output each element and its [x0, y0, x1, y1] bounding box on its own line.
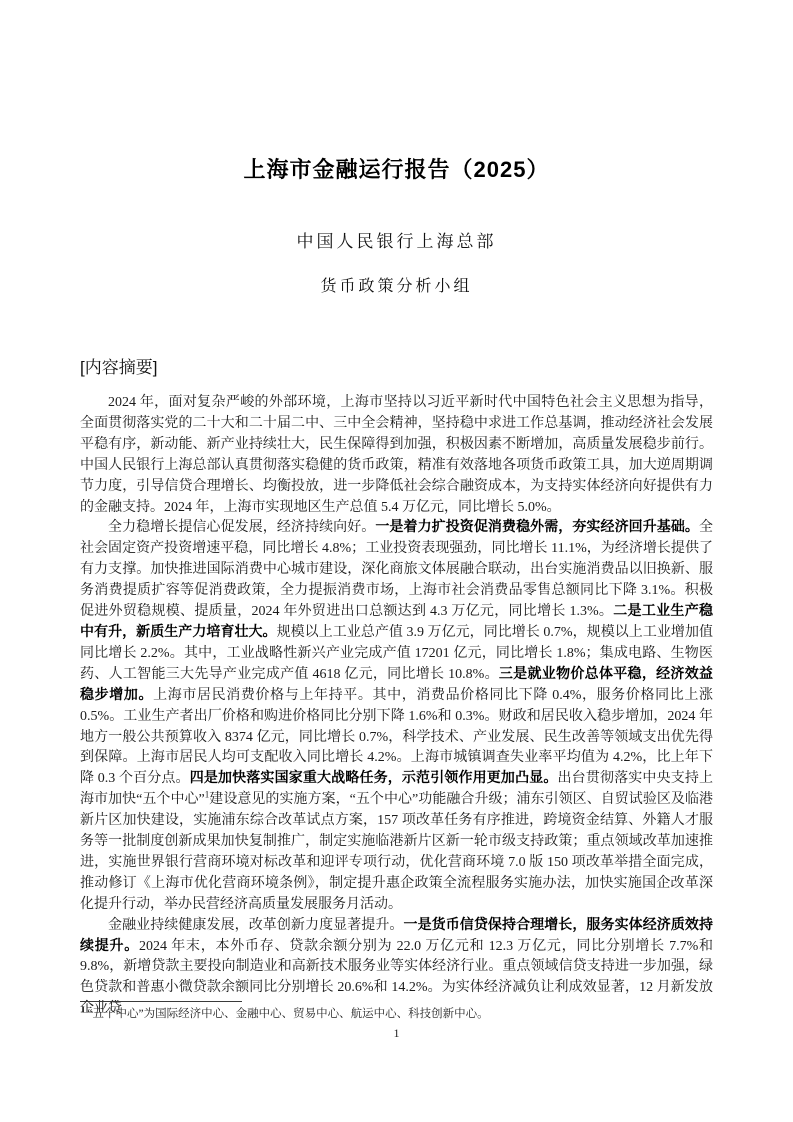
report-page: 上海市金融运行报告（2025） 中国人民银行上海总部 货币政策分析小组 [内容摘…: [0, 0, 793, 1122]
abstract-emphasis-run: 一是着力扩投资促消费稳外需，夯实经济回升基础。: [375, 520, 699, 535]
abstract-text-run: 建设意见的实施方案，“五个中心”功能融合升级；浦东引领区、自贸试验区及临港新片区…: [80, 792, 713, 912]
abstract-emphasis-run: 四是加快落实国家重大战略任务，示范引领作用更加凸显。: [190, 771, 558, 786]
report-title: 上海市金融运行报告（2025）: [80, 0, 713, 184]
page-number: 1: [0, 1026, 793, 1041]
footnote: 1 “五个中心”为国际经济中心、金融中心、贸易中心、航运中心、科技创新中心。: [80, 1007, 713, 1022]
abstract-text-run: 全力稳增长提信心促发展，经济持续向好。: [108, 520, 375, 535]
footnote-separator: [80, 1001, 242, 1002]
abstract-text-run: 2024 年，面对复杂严峻的外部环境，上海市坚持以习近平新时代中国特色社会主义思…: [80, 395, 713, 515]
report-author-group: 货币政策分析小组: [80, 273, 713, 296]
footnote-marker: 1: [80, 1004, 85, 1014]
report-content-column: 上海市金融运行报告（2025） 中国人民银行上海总部 货币政策分析小组 [内容摘…: [80, 0, 713, 1020]
abstract-paragraph: 全力稳增长提信心促发展，经济持续向好。一是着力扩投资促消费稳外需，夯实经济回升基…: [80, 518, 713, 915]
abstract-paragraph: 2024 年，面对复杂严峻的外部环境，上海市坚持以习近平新时代中国特色社会主义思…: [80, 393, 713, 518]
footnote-text: “五个中心”为国际经济中心、金融中心、贸易中心、航运中心、科技创新中心。: [87, 1008, 488, 1020]
footnote-block: 1 “五个中心”为国际经济中心、金融中心、贸易中心、航运中心、科技创新中心。: [80, 1001, 713, 1022]
abstract-text-run: 金融业持续健康发展，改革创新力度显著提升。: [108, 918, 404, 933]
report-author-org: 中国人民银行上海总部: [80, 227, 713, 252]
abstract-section-header: [内容摘要]: [80, 353, 713, 378]
abstract-body: 2024 年，面对复杂严峻的外部环境，上海市坚持以习近平新时代中国特色社会主义思…: [80, 393, 713, 1020]
